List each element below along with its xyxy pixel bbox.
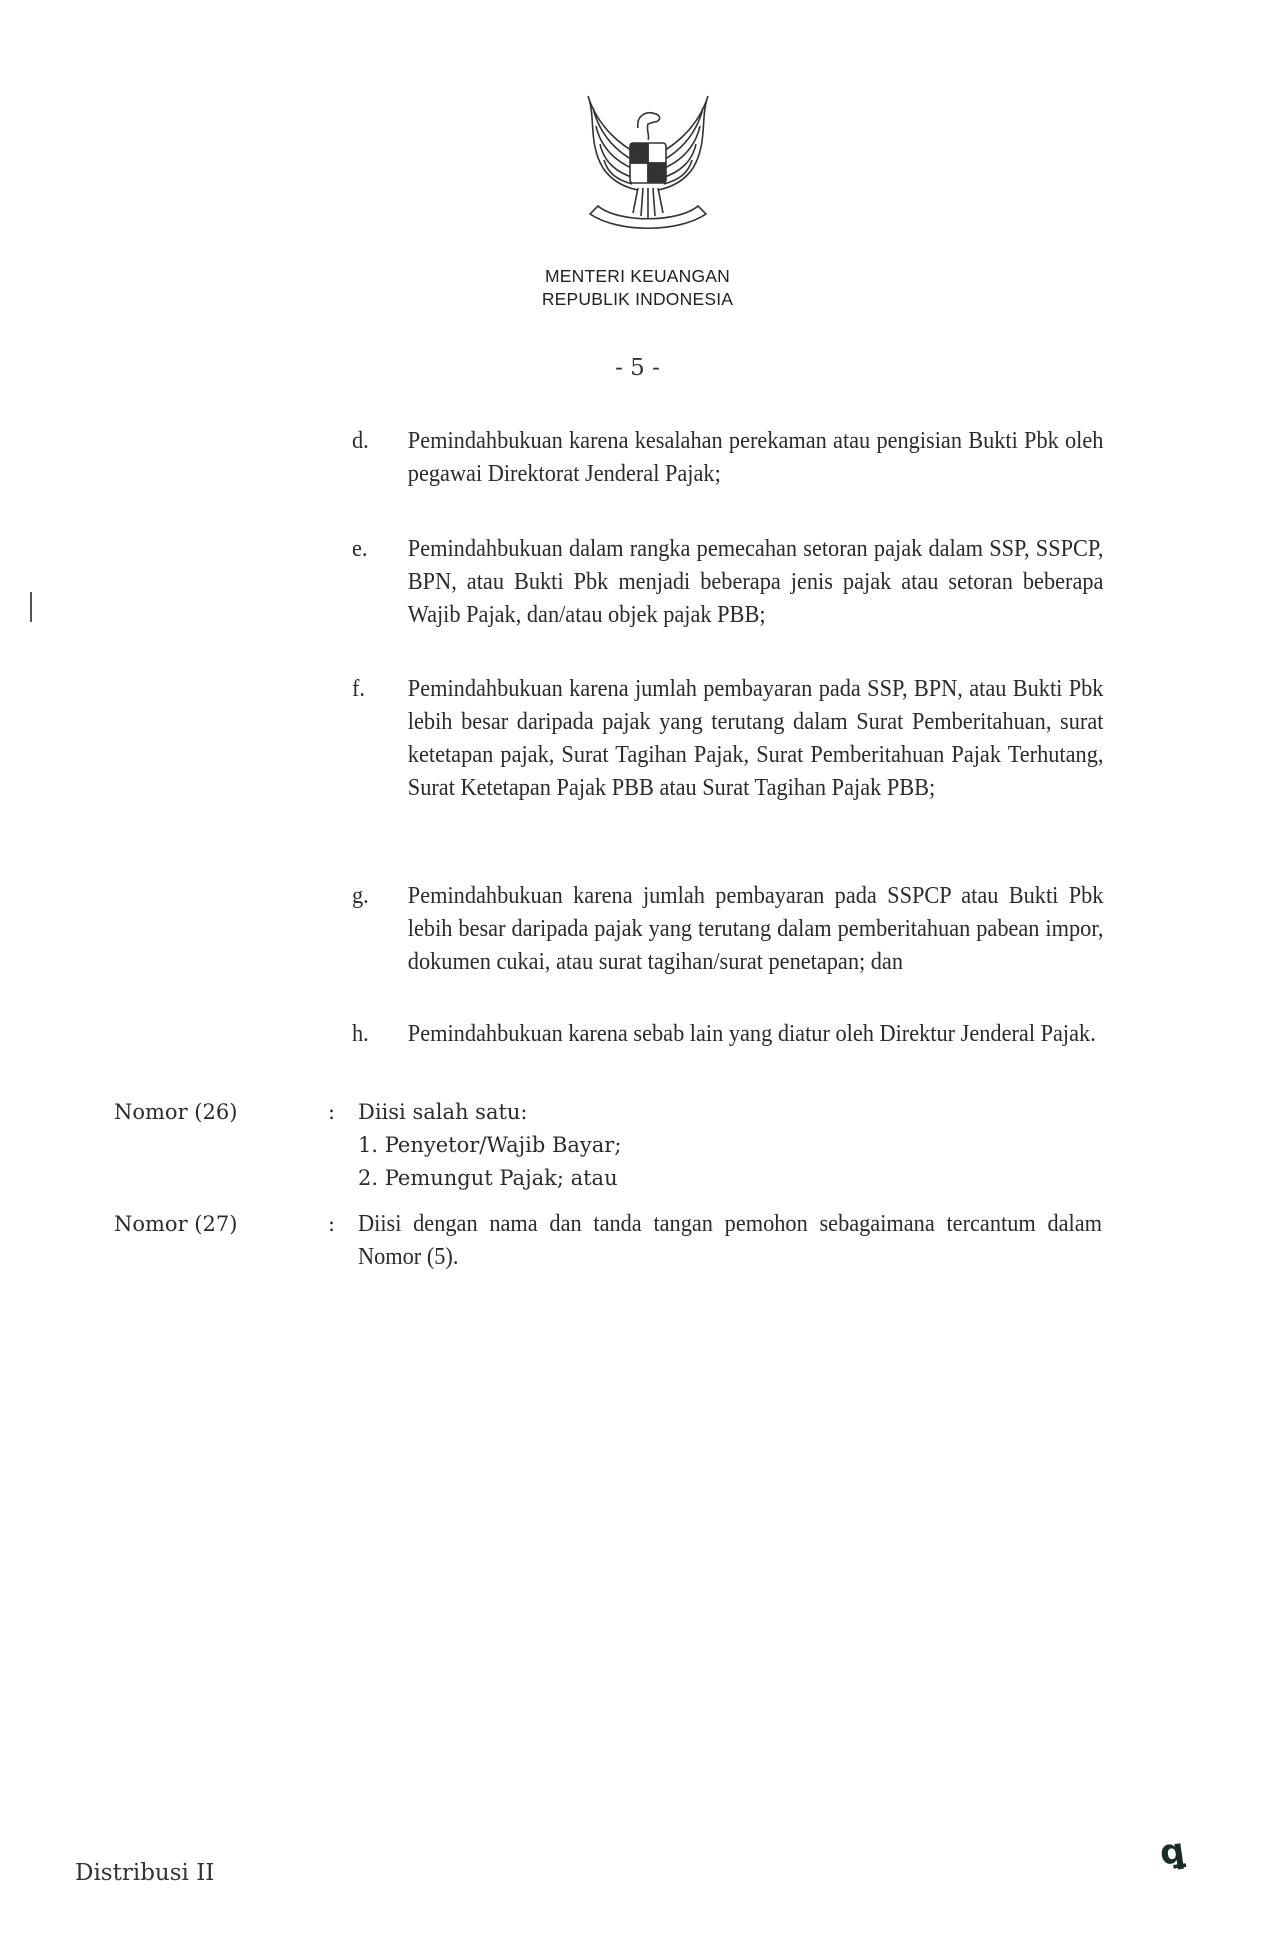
margin-mark xyxy=(30,592,32,622)
list-item-d: d. Pemindahbukuan karena kesalahan perek… xyxy=(352,425,1103,491)
initial-mark: ꝗ xyxy=(1157,1831,1187,1874)
list-item-f: f. Pemindahbukuan karena jumlah pembayar… xyxy=(352,673,1103,805)
list-text: Pemindahbukuan dalam rangka pemecahan se… xyxy=(408,533,1104,632)
list-item-e: e. Pemindahbukuan dalam rangka pemecahan… xyxy=(352,533,1103,632)
list-text: Pemindahbukuan karena jumlah pembayaran … xyxy=(408,673,1104,805)
list-text: Pemindahbukuan karena kesalahan perekama… xyxy=(408,425,1104,491)
list-item-h: h. Pemindahbukuan karena sebab lain yang… xyxy=(352,1018,1103,1051)
ministry-subtitle: REPUBLIK INDONESIA xyxy=(0,289,1275,310)
entry-text: Diisi dengan nama dan tanda tangan pemoh… xyxy=(358,1208,1102,1274)
list-text: Pemindahbukuan karena sebab lain yang di… xyxy=(408,1018,1104,1051)
list-marker: g. xyxy=(352,880,369,913)
entry-label: Nomor (26) xyxy=(114,1096,237,1129)
entry-label: Nomor (27) xyxy=(114,1208,237,1241)
garuda-emblem-icon xyxy=(568,88,728,243)
entry-option: 1. Penyetor/Wajib Bayar; xyxy=(358,1129,621,1162)
list-marker: f. xyxy=(352,673,365,706)
entry-option: 2. Pemungut Pajak; atau xyxy=(358,1162,618,1195)
page-number: - 5 - xyxy=(0,355,1275,381)
entry-nomor-26: Nomor (26) : Diisi salah satu: 1. Penyet… xyxy=(0,1096,1275,1196)
list-item-g: g. Pemindahbukuan karena jumlah pembayar… xyxy=(352,880,1103,979)
distribution-label: Distribusi II xyxy=(75,1860,214,1886)
entry-colon: : xyxy=(328,1096,335,1129)
entry-nomor-27: Nomor (27) : Diisi dengan nama dan tanda… xyxy=(0,1208,1275,1278)
list-marker: e. xyxy=(352,533,367,566)
entry-colon: : xyxy=(328,1208,335,1241)
list-marker: d. xyxy=(352,425,369,458)
list-marker: h. xyxy=(352,1018,369,1051)
ministry-title: MENTERI KEUANGAN xyxy=(0,266,1275,287)
entry-intro: Diisi salah satu: xyxy=(358,1096,528,1129)
list-text: Pemindahbukuan karena jumlah pembayaran … xyxy=(408,880,1104,979)
